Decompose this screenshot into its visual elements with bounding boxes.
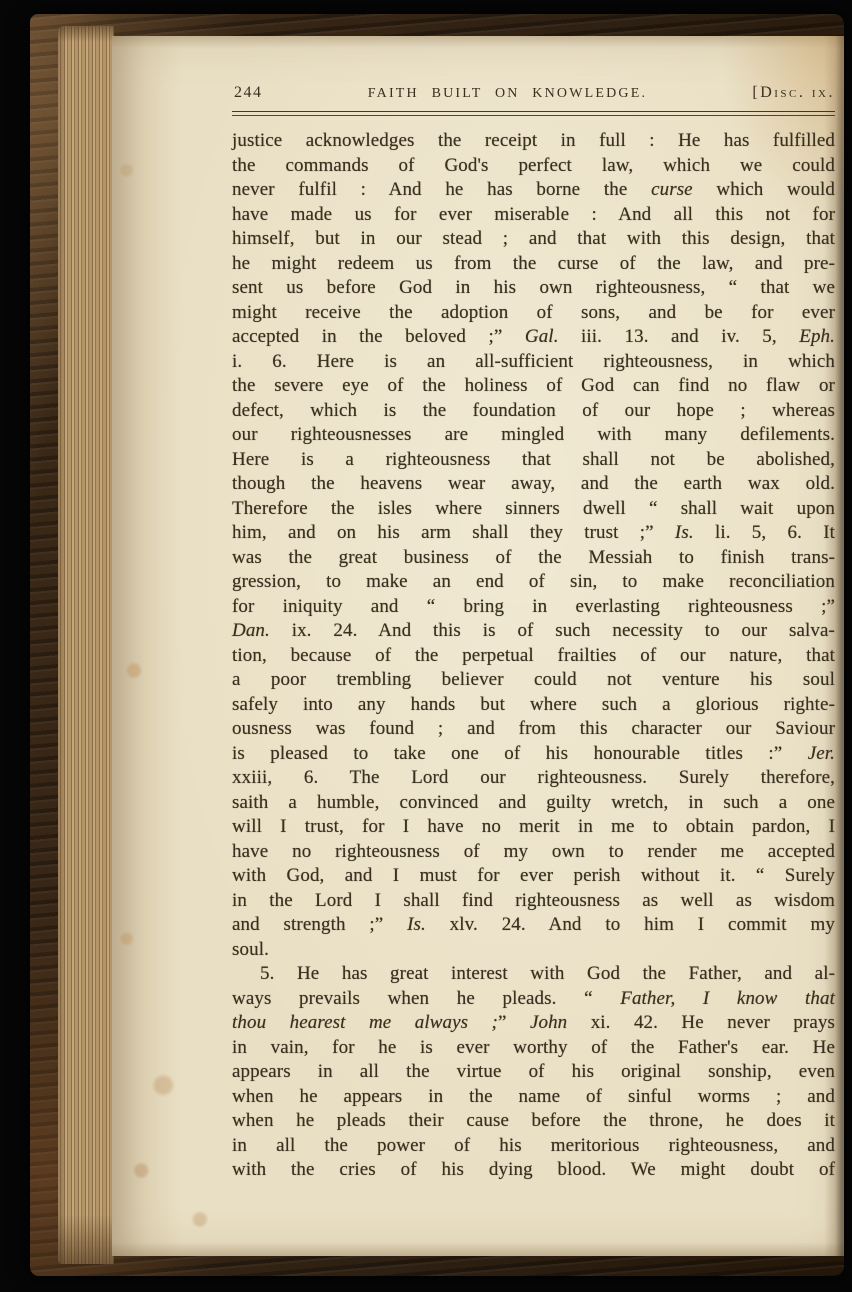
body-text: our righteousnesses are mingled with man… [232,424,835,445]
body-text: li. 5, 6. It [694,522,835,543]
running-title: FAITH BUILT ON KNOWLEDGE. [263,86,753,102]
page-number: 244 [234,84,263,102]
body-text: in all the power of his meritorious righ… [232,1135,835,1156]
text-line: a poor trembling believer could not vent… [232,668,835,693]
text-line: is pleased to take one of his honourable… [232,742,835,767]
body-text: soul. [232,939,269,960]
text-line: xxiii, 6. The Lord our righteousness. Su… [232,766,835,791]
text-line: with God, and I must for ever perish wit… [232,864,835,889]
text-line: in all the power of his meritorious righ… [232,1134,835,1159]
body-text: was the great business of the Messiah to… [232,547,835,568]
running-header: 244 FAITH BUILT ON KNOWLEDGE. [Disc. ix. [234,84,835,102]
text-line: saith a humble, convinced and guilty wre… [232,791,835,816]
text-line: himself, but in our stead ; and that wit… [232,227,835,252]
body-text: when he appears in the name of sinful wo… [232,1086,835,1107]
body-text: xxiii, 6. The Lord our righteousness. Su… [232,767,835,788]
body-text: have no righteousness of my own to rende… [232,841,835,862]
text-line: he might redeem us from the curse of the… [232,252,835,277]
body-text: tion, because of the perpetual frailties… [232,645,835,666]
discourse-label: [Disc. ix. [752,84,835,102]
book-photo: 244 FAITH BUILT ON KNOWLEDGE. [Disc. ix.… [0,0,852,1292]
body-text: which would [693,179,835,200]
text-line: with the cries of his dying blood. We mi… [232,1158,835,1183]
body-text: will I trust, for I have no merit in me … [232,816,835,837]
text-line: Therefore the isles where sinners dwell … [232,497,835,522]
page-edge-stack [58,26,114,1264]
body-text: might receive the adoption of sons, and … [232,302,835,323]
body-text: Here is a righteousness that shall not b… [232,449,835,470]
body-text: ” [498,1012,530,1033]
text-line: have made us for ever miserable : And al… [232,203,835,228]
body-text: defect, which is the foundation of our h… [232,400,835,421]
body-text: ways prevails when he pleads. “ [232,988,620,1009]
italic-text: Gal. [525,326,559,347]
body-text: with the cries of his dying blood. We mi… [232,1159,835,1180]
body-text: accepted in the beloved ;” [232,326,525,347]
body-text: sent us before God in his own righteousn… [232,277,835,298]
text-line: the commands of God's perfect law, which… [232,154,835,179]
italic-text: Jer. [808,743,835,764]
body-text: 5. He has great interest with God the Fa… [260,963,835,984]
paragraph: 5. He has great interest with God the Fa… [232,962,835,1183]
text-line: appears in all the virtue of his origina… [232,1060,835,1085]
body-text: safely into any hands but where such a g… [232,694,835,715]
text-line: tion, because of the perpetual frailties… [232,644,835,669]
body-text: when he pleads their cause before the th… [232,1110,835,1131]
text-line: 5. He has great interest with God the Fa… [232,962,835,987]
text-line: in the Lord I shall find righteousness a… [232,889,835,914]
body-text: and strength ;” [232,914,407,935]
body-text: in vain, for he is ever worthy of the Fa… [232,1037,835,1058]
text-line: when he pleads their cause before the th… [232,1109,835,1134]
italic-text: John [530,1012,567,1033]
text-line: for iniquity and “ bring in everlasting … [232,595,835,620]
body-text: have made us for ever miserable : And al… [232,204,835,225]
italic-text: Dan. [232,620,270,641]
text-line: him, and on his arm shall they trust ;” … [232,521,835,546]
body-text: i. 6. Here is an all-sufficient righteou… [232,351,835,372]
text-line: have no righteousness of my own to rende… [232,840,835,865]
body-text: for iniquity and “ bring in everlasting … [232,596,835,617]
text-line: in vain, for he is ever worthy of the Fa… [232,1036,835,1061]
text-line: safely into any hands but where such a g… [232,693,835,718]
text-line: the severe eye of the holiness of God ca… [232,374,835,399]
page-body: justice acknowledges the receipt in full… [232,129,835,1183]
text-line: thou hearest me always ;” John xi. 42. H… [232,1011,835,1036]
italic-text: curse [651,179,693,200]
body-text: the severe eye of the holiness of God ca… [232,375,835,396]
text-line: ways prevails when he pleads. “ Father, … [232,987,835,1012]
text-line: Dan. ix. 24. And this is of such necessi… [232,619,835,644]
text-line: defect, which is the foundation of our h… [232,399,835,424]
italic-text: Is. [675,522,694,543]
italic-text: Father, I know that [620,988,835,1009]
body-text: himself, but in our stead ; and that wit… [232,228,835,249]
text-line: never fulfil : And he has borne the curs… [232,178,835,203]
body-text: ix. 24. And this is of such necessity to… [270,620,835,641]
text-line: i. 6. Here is an all-sufficient righteou… [232,350,835,375]
text-line: justice acknowledges the receipt in full… [232,129,835,154]
text-line: gression, to make an end of sin, to make… [232,570,835,595]
text-line: sent us before God in his own righteousn… [232,276,835,301]
body-text: Therefore the isles where sinners dwell … [232,498,835,519]
text-line: though the heavens wear away, and the ea… [232,472,835,497]
text-line: ousness was found ; and from this charac… [232,717,835,742]
body-text: though the heavens wear away, and the ea… [232,473,835,494]
body-text: in the Lord I shall find righteousness a… [232,890,835,911]
text-line: will I trust, for I have no merit in me … [232,815,835,840]
text-line: soul. [232,938,835,963]
body-text: him, and on his arm shall they trust ;” [232,522,675,543]
body-text: ousness was found ; and from this charac… [232,718,835,739]
text-line: Here is a righteousness that shall not b… [232,448,835,473]
text-line: was the great business of the Messiah to… [232,546,835,571]
body-text: is pleased to take one of his honourable… [232,743,808,764]
body-text: the commands of God's perfect law, which… [232,155,835,176]
body-text: xlv. 24. And to him I commit my [426,914,835,935]
text-line: and strength ;” Is. xlv. 24. And to him … [232,913,835,938]
body-text: justice acknowledges the receipt in full… [232,130,835,151]
paragraph: justice acknowledges the receipt in full… [232,129,835,962]
italic-text: Is. [407,914,426,935]
book-page: 244 FAITH BUILT ON KNOWLEDGE. [Disc. ix.… [112,36,844,1256]
text-line: when he appears in the name of sinful wo… [232,1085,835,1110]
text-line: accepted in the beloved ;” Gal. iii. 13.… [232,325,835,350]
body-text: he might redeem us from the curse of the… [232,253,835,274]
body-text: xi. 42. He never prays [567,1012,835,1033]
body-text: never fulfil : And he has borne the [232,179,651,200]
italic-text: Eph. [799,326,835,347]
body-text: gression, to make an end of sin, to make… [232,571,835,592]
body-text: iii. 13. and iv. 5, [559,326,800,347]
header-rule [232,111,835,116]
body-text: saith a humble, convinced and guilty wre… [232,792,835,813]
body-text: appears in all the virtue of his origina… [232,1061,835,1082]
body-text: with God, and I must for ever perish wit… [232,865,835,886]
text-line: might receive the adoption of sons, and … [232,301,835,326]
italic-text: thou hearest me always ; [232,1012,498,1033]
text-line: our righteousnesses are mingled with man… [232,423,835,448]
body-text: a poor trembling believer could not vent… [232,669,835,690]
